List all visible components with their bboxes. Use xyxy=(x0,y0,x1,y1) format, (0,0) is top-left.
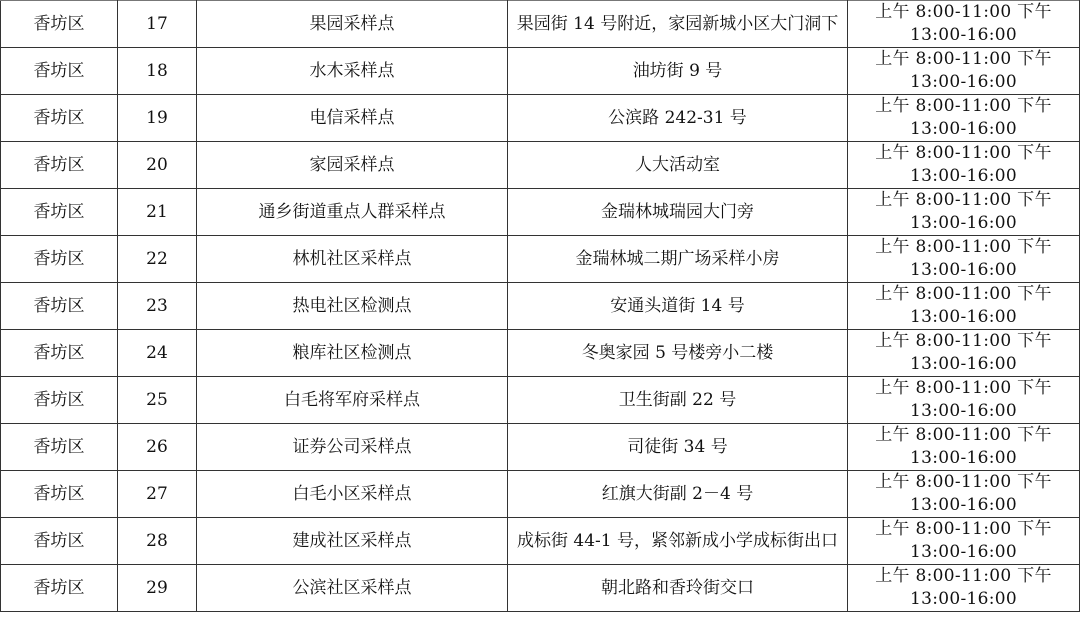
table-body: 香坊区 17 果园采样点 果园街 14 号附近，家园新城小区大门洞下 上午 8:… xyxy=(1,1,1080,612)
table-row: 香坊区 27 白毛小区采样点 红旗大街副 2－4 号 上午 8:00-11:00… xyxy=(1,471,1080,518)
number-cell: 18 xyxy=(118,48,197,95)
site-name-cell: 公滨社区采样点 xyxy=(197,565,508,612)
district-cell: 香坊区 xyxy=(1,471,118,518)
number-cell: 20 xyxy=(118,142,197,189)
address-cell: 安通头道街 14 号 xyxy=(508,283,848,330)
district-cell: 香坊区 xyxy=(1,48,118,95)
site-name-cell: 水木采样点 xyxy=(197,48,508,95)
hours-cell: 上午 8:00-11:00 下午 13:00-16:00 xyxy=(848,330,1080,377)
hours-cell: 上午 8:00-11:00 下午 13:00-16:00 xyxy=(848,236,1080,283)
address-cell: 金瑞林城二期广场采样小房 xyxy=(508,236,848,283)
table-row: 香坊区 17 果园采样点 果园街 14 号附近，家园新城小区大门洞下 上午 8:… xyxy=(1,1,1080,48)
hours-pm: 13:00-16:00 xyxy=(852,588,1075,611)
site-name-cell: 热电社区检测点 xyxy=(197,283,508,330)
table-row: 香坊区 24 粮库社区检测点 冬奥家园 5 号楼旁小二楼 上午 8:00-11:… xyxy=(1,330,1080,377)
hours-cell: 上午 8:00-11:00 下午 13:00-16:00 xyxy=(848,48,1080,95)
hours-am: 上午 8:00-11:00 下午 xyxy=(852,330,1075,353)
table-row: 香坊区 22 林机社区采样点 金瑞林城二期广场采样小房 上午 8:00-11:0… xyxy=(1,236,1080,283)
hours-am: 上午 8:00-11:00 下午 xyxy=(852,518,1075,541)
hours-am: 上午 8:00-11:00 下午 xyxy=(852,48,1075,71)
hours-am: 上午 8:00-11:00 下午 xyxy=(852,189,1075,212)
hours-cell: 上午 8:00-11:00 下午 13:00-16:00 xyxy=(848,1,1080,48)
hours-cell: 上午 8:00-11:00 下午 13:00-16:00 xyxy=(848,189,1080,236)
table-row: 香坊区 21 通乡街道重点人群采样点 金瑞林城瑞园大门旁 上午 8:00-11:… xyxy=(1,189,1080,236)
hours-cell: 上午 8:00-11:00 下午 13:00-16:00 xyxy=(848,377,1080,424)
address-cell: 冬奥家园 5 号楼旁小二楼 xyxy=(508,330,848,377)
number-cell: 17 xyxy=(118,1,197,48)
address-cell: 卫生街副 22 号 xyxy=(508,377,848,424)
address-cell: 公滨路 242-31 号 xyxy=(508,95,848,142)
district-cell: 香坊区 xyxy=(1,142,118,189)
site-name-cell: 果园采样点 xyxy=(197,1,508,48)
site-name-cell: 白毛小区采样点 xyxy=(197,471,508,518)
number-cell: 27 xyxy=(118,471,197,518)
district-cell: 香坊区 xyxy=(1,518,118,565)
address-cell: 红旗大街副 2－4 号 xyxy=(508,471,848,518)
district-cell: 香坊区 xyxy=(1,283,118,330)
district-cell: 香坊区 xyxy=(1,424,118,471)
district-cell: 香坊区 xyxy=(1,377,118,424)
hours-pm: 13:00-16:00 xyxy=(852,24,1075,47)
number-cell: 25 xyxy=(118,377,197,424)
district-cell: 香坊区 xyxy=(1,565,118,612)
number-cell: 29 xyxy=(118,565,197,612)
hours-am: 上午 8:00-11:00 下午 xyxy=(852,236,1075,259)
district-cell: 香坊区 xyxy=(1,330,118,377)
hours-pm: 13:00-16:00 xyxy=(852,259,1075,282)
hours-am: 上午 8:00-11:00 下午 xyxy=(852,565,1075,588)
hours-pm: 13:00-16:00 xyxy=(852,447,1075,470)
site-name-cell: 电信采样点 xyxy=(197,95,508,142)
address-cell: 金瑞林城瑞园大门旁 xyxy=(508,189,848,236)
number-cell: 23 xyxy=(118,283,197,330)
district-cell: 香坊区 xyxy=(1,189,118,236)
district-cell: 香坊区 xyxy=(1,95,118,142)
number-cell: 19 xyxy=(118,95,197,142)
district-cell: 香坊区 xyxy=(1,1,118,48)
district-cell: 香坊区 xyxy=(1,236,118,283)
address-cell: 油坊街 9 号 xyxy=(508,48,848,95)
table-row: 香坊区 18 水木采样点 油坊街 9 号 上午 8:00-11:00 下午 13… xyxy=(1,48,1080,95)
address-cell: 果园街 14 号附近，家园新城小区大门洞下 xyxy=(508,1,848,48)
hours-am: 上午 8:00-11:00 下午 xyxy=(852,1,1075,24)
hours-cell: 上午 8:00-11:00 下午 13:00-16:00 xyxy=(848,142,1080,189)
number-cell: 26 xyxy=(118,424,197,471)
table-row: 香坊区 25 白毛将军府采样点 卫生街副 22 号 上午 8:00-11:00 … xyxy=(1,377,1080,424)
hours-pm: 13:00-16:00 xyxy=(852,400,1075,423)
number-cell: 24 xyxy=(118,330,197,377)
hours-pm: 13:00-16:00 xyxy=(852,494,1075,517)
address-cell: 朝北路和香玲街交口 xyxy=(508,565,848,612)
address-cell: 成标街 44-1 号，紧邻新成小学成标街出口 xyxy=(508,518,848,565)
site-name-cell: 证券公司采样点 xyxy=(197,424,508,471)
hours-am: 上午 8:00-11:00 下午 xyxy=(852,471,1075,494)
hours-pm: 13:00-16:00 xyxy=(852,212,1075,235)
site-name-cell: 白毛将军府采样点 xyxy=(197,377,508,424)
hours-pm: 13:00-16:00 xyxy=(852,353,1075,376)
address-cell: 人大活动室 xyxy=(508,142,848,189)
table-row: 香坊区 23 热电社区检测点 安通头道街 14 号 上午 8:00-11:00 … xyxy=(1,283,1080,330)
hours-cell: 上午 8:00-11:00 下午 13:00-16:00 xyxy=(848,95,1080,142)
site-name-cell: 通乡街道重点人群采样点 xyxy=(197,189,508,236)
hours-cell: 上午 8:00-11:00 下午 13:00-16:00 xyxy=(848,424,1080,471)
hours-am: 上午 8:00-11:00 下午 xyxy=(852,283,1075,306)
site-name-cell: 粮库社区检测点 xyxy=(197,330,508,377)
number-cell: 21 xyxy=(118,189,197,236)
table-row: 香坊区 26 证券公司采样点 司徒街 34 号 上午 8:00-11:00 下午… xyxy=(1,424,1080,471)
address-cell: 司徒街 34 号 xyxy=(508,424,848,471)
hours-am: 上午 8:00-11:00 下午 xyxy=(852,377,1075,400)
hours-pm: 13:00-16:00 xyxy=(852,541,1075,564)
hours-pm: 13:00-16:00 xyxy=(852,165,1075,188)
hours-pm: 13:00-16:00 xyxy=(852,306,1075,329)
hours-am: 上午 8:00-11:00 下午 xyxy=(852,424,1075,447)
number-cell: 22 xyxy=(118,236,197,283)
hours-cell: 上午 8:00-11:00 下午 13:00-16:00 xyxy=(848,283,1080,330)
number-cell: 28 xyxy=(118,518,197,565)
sampling-sites-table: 香坊区 17 果园采样点 果园街 14 号附近，家园新城小区大门洞下 上午 8:… xyxy=(0,0,1080,612)
hours-pm: 13:00-16:00 xyxy=(852,71,1075,94)
hours-pm: 13:00-16:00 xyxy=(852,118,1075,141)
site-name-cell: 家园采样点 xyxy=(197,142,508,189)
site-name-cell: 建成社区采样点 xyxy=(197,518,508,565)
table-row: 香坊区 29 公滨社区采样点 朝北路和香玲街交口 上午 8:00-11:00 下… xyxy=(1,565,1080,612)
hours-cell: 上午 8:00-11:00 下午 13:00-16:00 xyxy=(848,518,1080,565)
site-name-cell: 林机社区采样点 xyxy=(197,236,508,283)
hours-am: 上午 8:00-11:00 下午 xyxy=(852,142,1075,165)
table-row: 香坊区 28 建成社区采样点 成标街 44-1 号，紧邻新成小学成标街出口 上午… xyxy=(1,518,1080,565)
table-row: 香坊区 19 电信采样点 公滨路 242-31 号 上午 8:00-11:00 … xyxy=(1,95,1080,142)
hours-cell: 上午 8:00-11:00 下午 13:00-16:00 xyxy=(848,565,1080,612)
hours-cell: 上午 8:00-11:00 下午 13:00-16:00 xyxy=(848,471,1080,518)
table-row: 香坊区 20 家园采样点 人大活动室 上午 8:00-11:00 下午 13:0… xyxy=(1,142,1080,189)
hours-am: 上午 8:00-11:00 下午 xyxy=(852,95,1075,118)
